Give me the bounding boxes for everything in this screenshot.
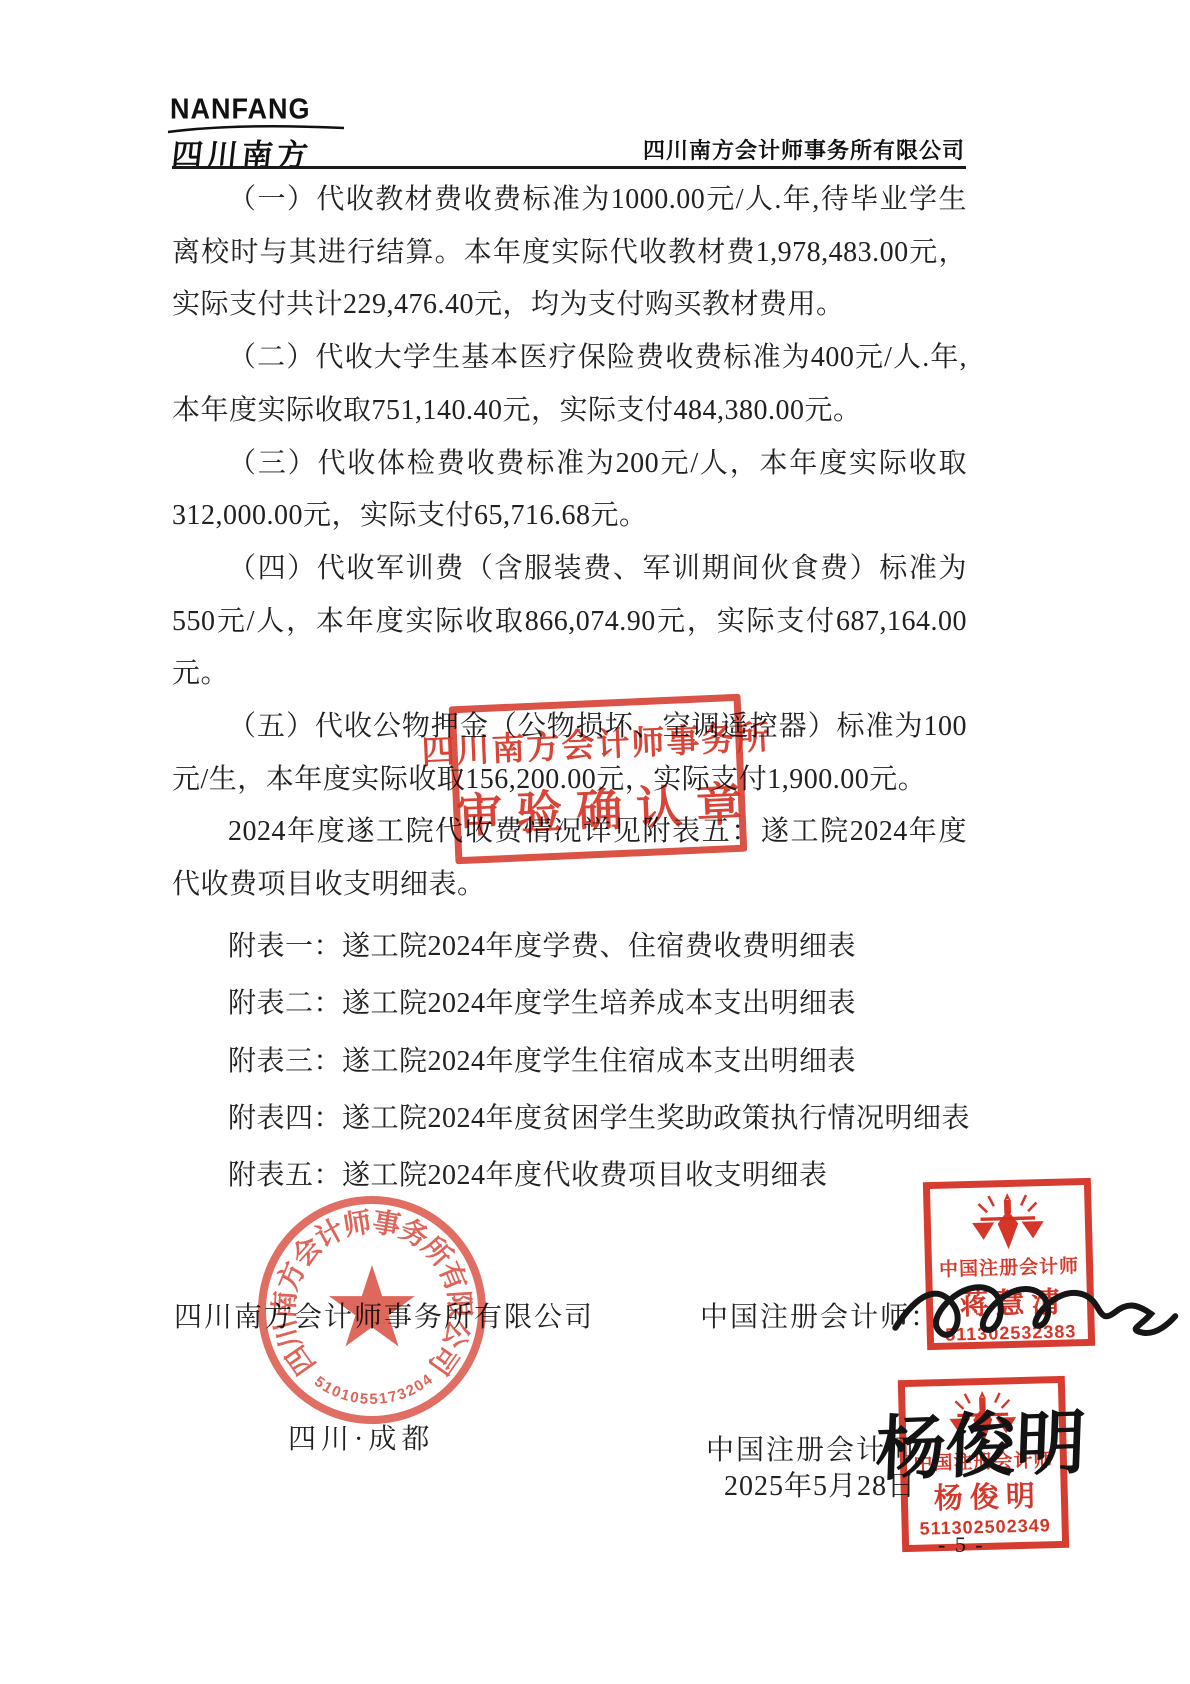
seal-star-icon: ★ — [322, 1252, 422, 1364]
report-body: （一）代收教材费收费标准为1000.00元/人.年,待毕业学生离校时与其进行结算… — [172, 174, 967, 1205]
body-paragraph: （一）代收教材费收费标准为1000.00元/人.年,待毕业学生离校时与其进行结算… — [172, 174, 967, 332]
cpa-stamp-number: 511302502349 — [919, 1515, 1051, 1539]
audit-confirmation-stamp: 四川南方会计师事务所 审验确认章 — [449, 694, 748, 865]
firm-logo: NANFANG 四川南方 — [170, 94, 370, 125]
handwritten-signature-name: 杨俊明 — [874, 1386, 1087, 1495]
handwritten-signature-scribble — [885, 1246, 1183, 1362]
document-page: NANFANG 四川南方 四川南方会计师事务所有限公司 （一）代收教材费收费标准… — [0, 0, 1190, 1684]
audit-stamp-title: 审验确认章 — [441, 767, 758, 847]
attachment-list: 附表一：遂工院2024年度学费、住宿费收费明细表 附表二：遂工院2024年度学生… — [172, 918, 967, 1205]
attachment-item: 附表四：遂工院2024年度贫困学生奖助政策执行情况明细表 — [172, 1090, 967, 1147]
body-paragraph: （四）代收军训费（含服装费、军训期间伙食费）标准为550元/人，本年度实际收取8… — [172, 543, 967, 701]
header-rule — [172, 166, 966, 169]
cicpa-scales-icon — [964, 1192, 1051, 1252]
attachment-item: 附表一：遂工院2024年度学费、住宿费收费明细表 — [172, 918, 967, 975]
body-paragraph: （三）代收体检费收费标准为200元/人，本年度实际收取312,000.00元，实… — [172, 438, 967, 543]
company-seal: ★ 四川南方会计师事务所有限公司 5101055173204 — [258, 1196, 486, 1424]
attachment-item: 附表五：遂工院2024年度代收费项目收支明细表 — [172, 1147, 967, 1204]
attachment-item: 附表二：遂工院2024年度学生培养成本支出明细表 — [172, 975, 967, 1032]
firm-logo-wordmark: NANFANG — [170, 93, 311, 126]
header-firm-name: 四川南方会计师事务所有限公司 — [643, 134, 965, 165]
audit-stamp-firm-name: 四川南方会计师事务所 — [421, 711, 773, 773]
body-paragraph: （二）代收大学生基本医疗保险费收费标准为400元/人.年,本年度实际收取751,… — [172, 332, 967, 437]
attachment-item: 附表三：遂工院2024年度学生住宿成本支出明细表 — [172, 1033, 967, 1090]
